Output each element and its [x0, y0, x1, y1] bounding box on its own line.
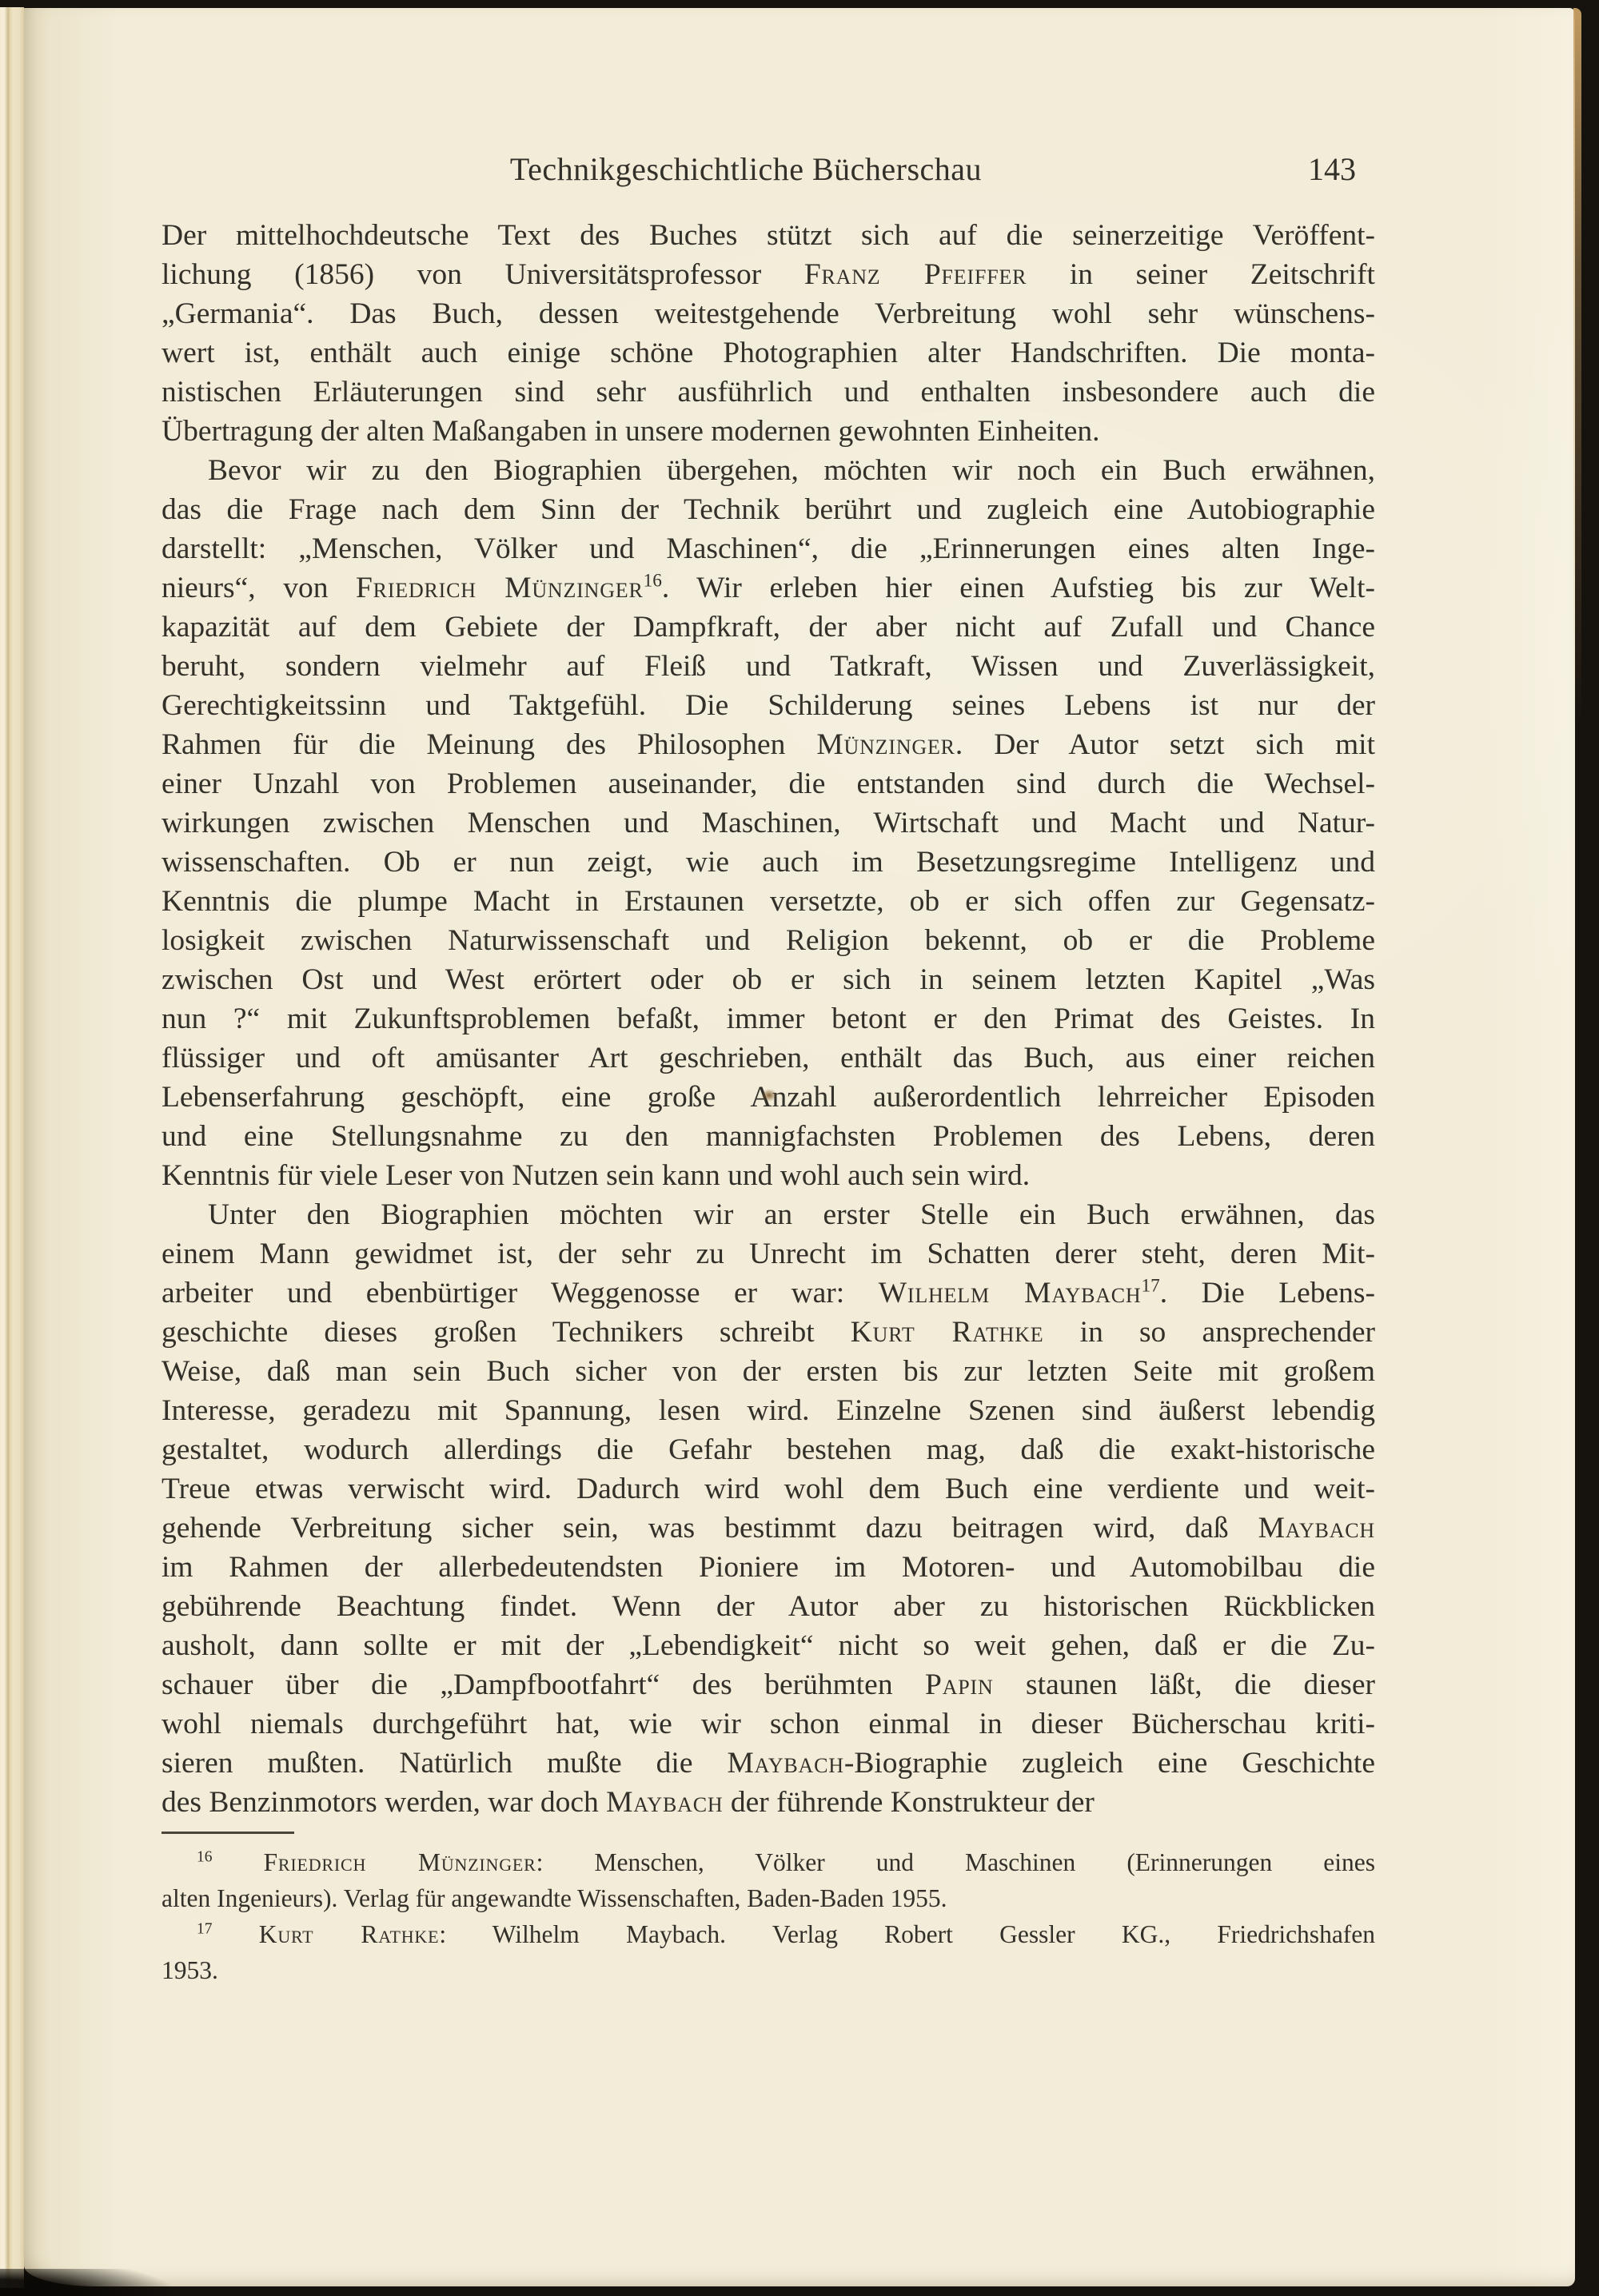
- text-line: Interesse, geradezu mit Spannung, lesen …: [161, 1391, 1375, 1430]
- text-line: kapazität auf dem Gebiete der Dampfkraft…: [161, 608, 1375, 647]
- text-line: und eine Stellungsnahme zu den mannigfac…: [161, 1117, 1375, 1156]
- text-line: flüssiger und oft amüsanter Art geschrie…: [161, 1038, 1375, 1078]
- footnote-line: 16 Friedrich Münzinger: Menschen, Völker…: [161, 1844, 1375, 1880]
- text-line: nun ?“ mit Zukunftsproblemen befaßt, imm…: [161, 999, 1375, 1038]
- footnote-line: 1953.: [161, 1952, 1375, 1988]
- text-line: Weise, daß man sein Buch sicher von der …: [161, 1352, 1375, 1391]
- text-line: wissenschaften. Ob er nun zeigt, wie auc…: [161, 843, 1375, 882]
- small-caps-name: Friedrich Münzinger: [264, 1848, 536, 1876]
- page-number: 143: [1308, 149, 1356, 190]
- text-line: einem Mann gewidmet ist, der sehr zu Unr…: [161, 1234, 1375, 1274]
- text-line: „Germania“. Das Buch, dessen weitestgehe…: [161, 294, 1375, 333]
- paragraph: Bevor wir zu den Biographien übergehen, …: [161, 451, 1375, 1195]
- text-line: nistischen Erläuterungen sind sehr ausfü…: [161, 373, 1375, 412]
- book-page-edge-left: [0, 7, 24, 2288]
- small-caps-name: Franz Pfeiffer: [804, 258, 1027, 291]
- text-line: Bevor wir zu den Biographien übergehen, …: [161, 451, 1375, 490]
- footnote-reference: 17: [1142, 1276, 1160, 1297]
- ink-blot-artifact: [761, 1089, 777, 1102]
- text-line: darstellt: „Menschen, Völker und Maschin…: [161, 529, 1375, 568]
- text-line: wohl niemals durchgeführt hat, wie wir s…: [161, 1704, 1375, 1744]
- small-caps-name: Maybach: [1258, 1512, 1375, 1545]
- small-caps-name: Friedrich Münzinger: [356, 572, 644, 604]
- text-line: ausholt, dann sollte er mit der „Lebendi…: [161, 1626, 1375, 1665]
- footnote-line: alten Ingenieurs). Verlag für angewandte…: [161, 1880, 1375, 1916]
- text-line: Unter den Biographien möchten wir an ers…: [161, 1195, 1375, 1234]
- text-line: im Rahmen der allerbedeutendsten Pionier…: [161, 1548, 1375, 1587]
- text-line: Treue etwas verwischt wird. Dadurch wird…: [161, 1469, 1375, 1509]
- text-line: das die Frage nach dem Sinn der Technik …: [161, 490, 1375, 529]
- footnote-reference: 16: [644, 571, 662, 592]
- text-line: zwischen Ost und West erörtert oder ob e…: [161, 960, 1375, 999]
- text-line: losigkeit zwischen Naturwissenschaft und…: [161, 921, 1375, 960]
- text-line: wirkungen zwischen Menschen und Maschine…: [161, 803, 1375, 843]
- small-caps-name: Maybach: [728, 1747, 844, 1780]
- text-line: schauer über die „Dampfbootfahrt“ des be…: [161, 1665, 1375, 1704]
- footnote-reference: 17: [197, 1921, 213, 1938]
- text-line: gebührende Beachtung findet. Wenn der Au…: [161, 1587, 1375, 1626]
- text-line: einer Unzahl von Problemen auseinander, …: [161, 764, 1375, 803]
- text-line: Kenntnis die plumpe Macht in Erstaunen v…: [161, 882, 1375, 921]
- text-line: gehende Verbreitung sicher sein, was bes…: [161, 1509, 1375, 1548]
- text-line: beruht, sondern vielmehr auf Fleiß und T…: [161, 647, 1375, 686]
- text-line: nieurs“, von Friedrich Münzinger16. Wir …: [161, 568, 1375, 608]
- text-line: Kenntnis für viele Leser von Nutzen sein…: [161, 1156, 1375, 1195]
- small-caps-name: Maybach: [606, 1786, 723, 1819]
- text-line: Gerechtigkeitssinn und Taktgefühl. Die S…: [161, 686, 1375, 725]
- running-title: Technikgeschichtliche Bücherschau: [139, 149, 1353, 190]
- text-line: Rahmen für die Meinung des Philosophen M…: [161, 725, 1375, 764]
- text-line: sieren mußten. Natürlich mußte die Mayba…: [161, 1744, 1375, 1783]
- book-page-edge-right: [1573, 8, 1581, 727]
- text-line: gestaltet, wodurch allerdings die Gefahr…: [161, 1430, 1375, 1469]
- small-caps-name: Münzinger: [816, 728, 955, 761]
- small-caps-name: Kurt Rathke: [851, 1316, 1044, 1349]
- text-line: lichung (1856) von Universitätsprofessor…: [161, 255, 1375, 294]
- text-line: geschichte dieses großen Technikers schr…: [161, 1313, 1375, 1352]
- small-caps-name: Papin: [925, 1668, 994, 1701]
- body-text: Der mittelhochdeutsche Text des Buches s…: [161, 216, 1375, 1822]
- paragraph: Unter den Biographien möchten wir an ers…: [161, 1195, 1375, 1822]
- footnotes: 16 Friedrich Münzinger: Menschen, Völker…: [161, 1844, 1375, 1988]
- text-line: arbeiter und ebenbürtiger Weggenosse er …: [161, 1274, 1375, 1313]
- small-caps-name: Kurt Rathke: [259, 1920, 440, 1948]
- page-paper: Technikgeschichtliche Bücherschau 143 De…: [24, 8, 1575, 2286]
- small-caps-name: Wilhelm Maybach: [879, 1277, 1142, 1309]
- footnote-reference: 16: [197, 1849, 213, 1866]
- footnote: 16 Friedrich Münzinger: Menschen, Völker…: [161, 1844, 1375, 1916]
- page-header: Technikgeschichtliche Bücherschau 143: [161, 149, 1375, 190]
- footnote-line: 17 Kurt Rathke: Wilhelm Maybach. Verlag …: [161, 1916, 1375, 1952]
- scanned-page: Technikgeschichtliche Bücherschau 143 De…: [0, 0, 1599, 2296]
- scan-corner-shadow: [0, 2269, 208, 2296]
- footnote-separator: [161, 1832, 294, 1834]
- text-line: wert ist, enthält auch einige schöne Pho…: [161, 333, 1375, 373]
- footnote: 17 Kurt Rathke: Wilhelm Maybach. Verlag …: [161, 1916, 1375, 1988]
- paragraph: Der mittelhochdeutsche Text des Buches s…: [161, 216, 1375, 451]
- text-line: Übertragung der alten Maßangaben in unse…: [161, 412, 1375, 451]
- text-line: des Benzinmotors werden, war doch Maybac…: [161, 1783, 1375, 1822]
- text-line: Der mittelhochdeutsche Text des Buches s…: [161, 216, 1375, 255]
